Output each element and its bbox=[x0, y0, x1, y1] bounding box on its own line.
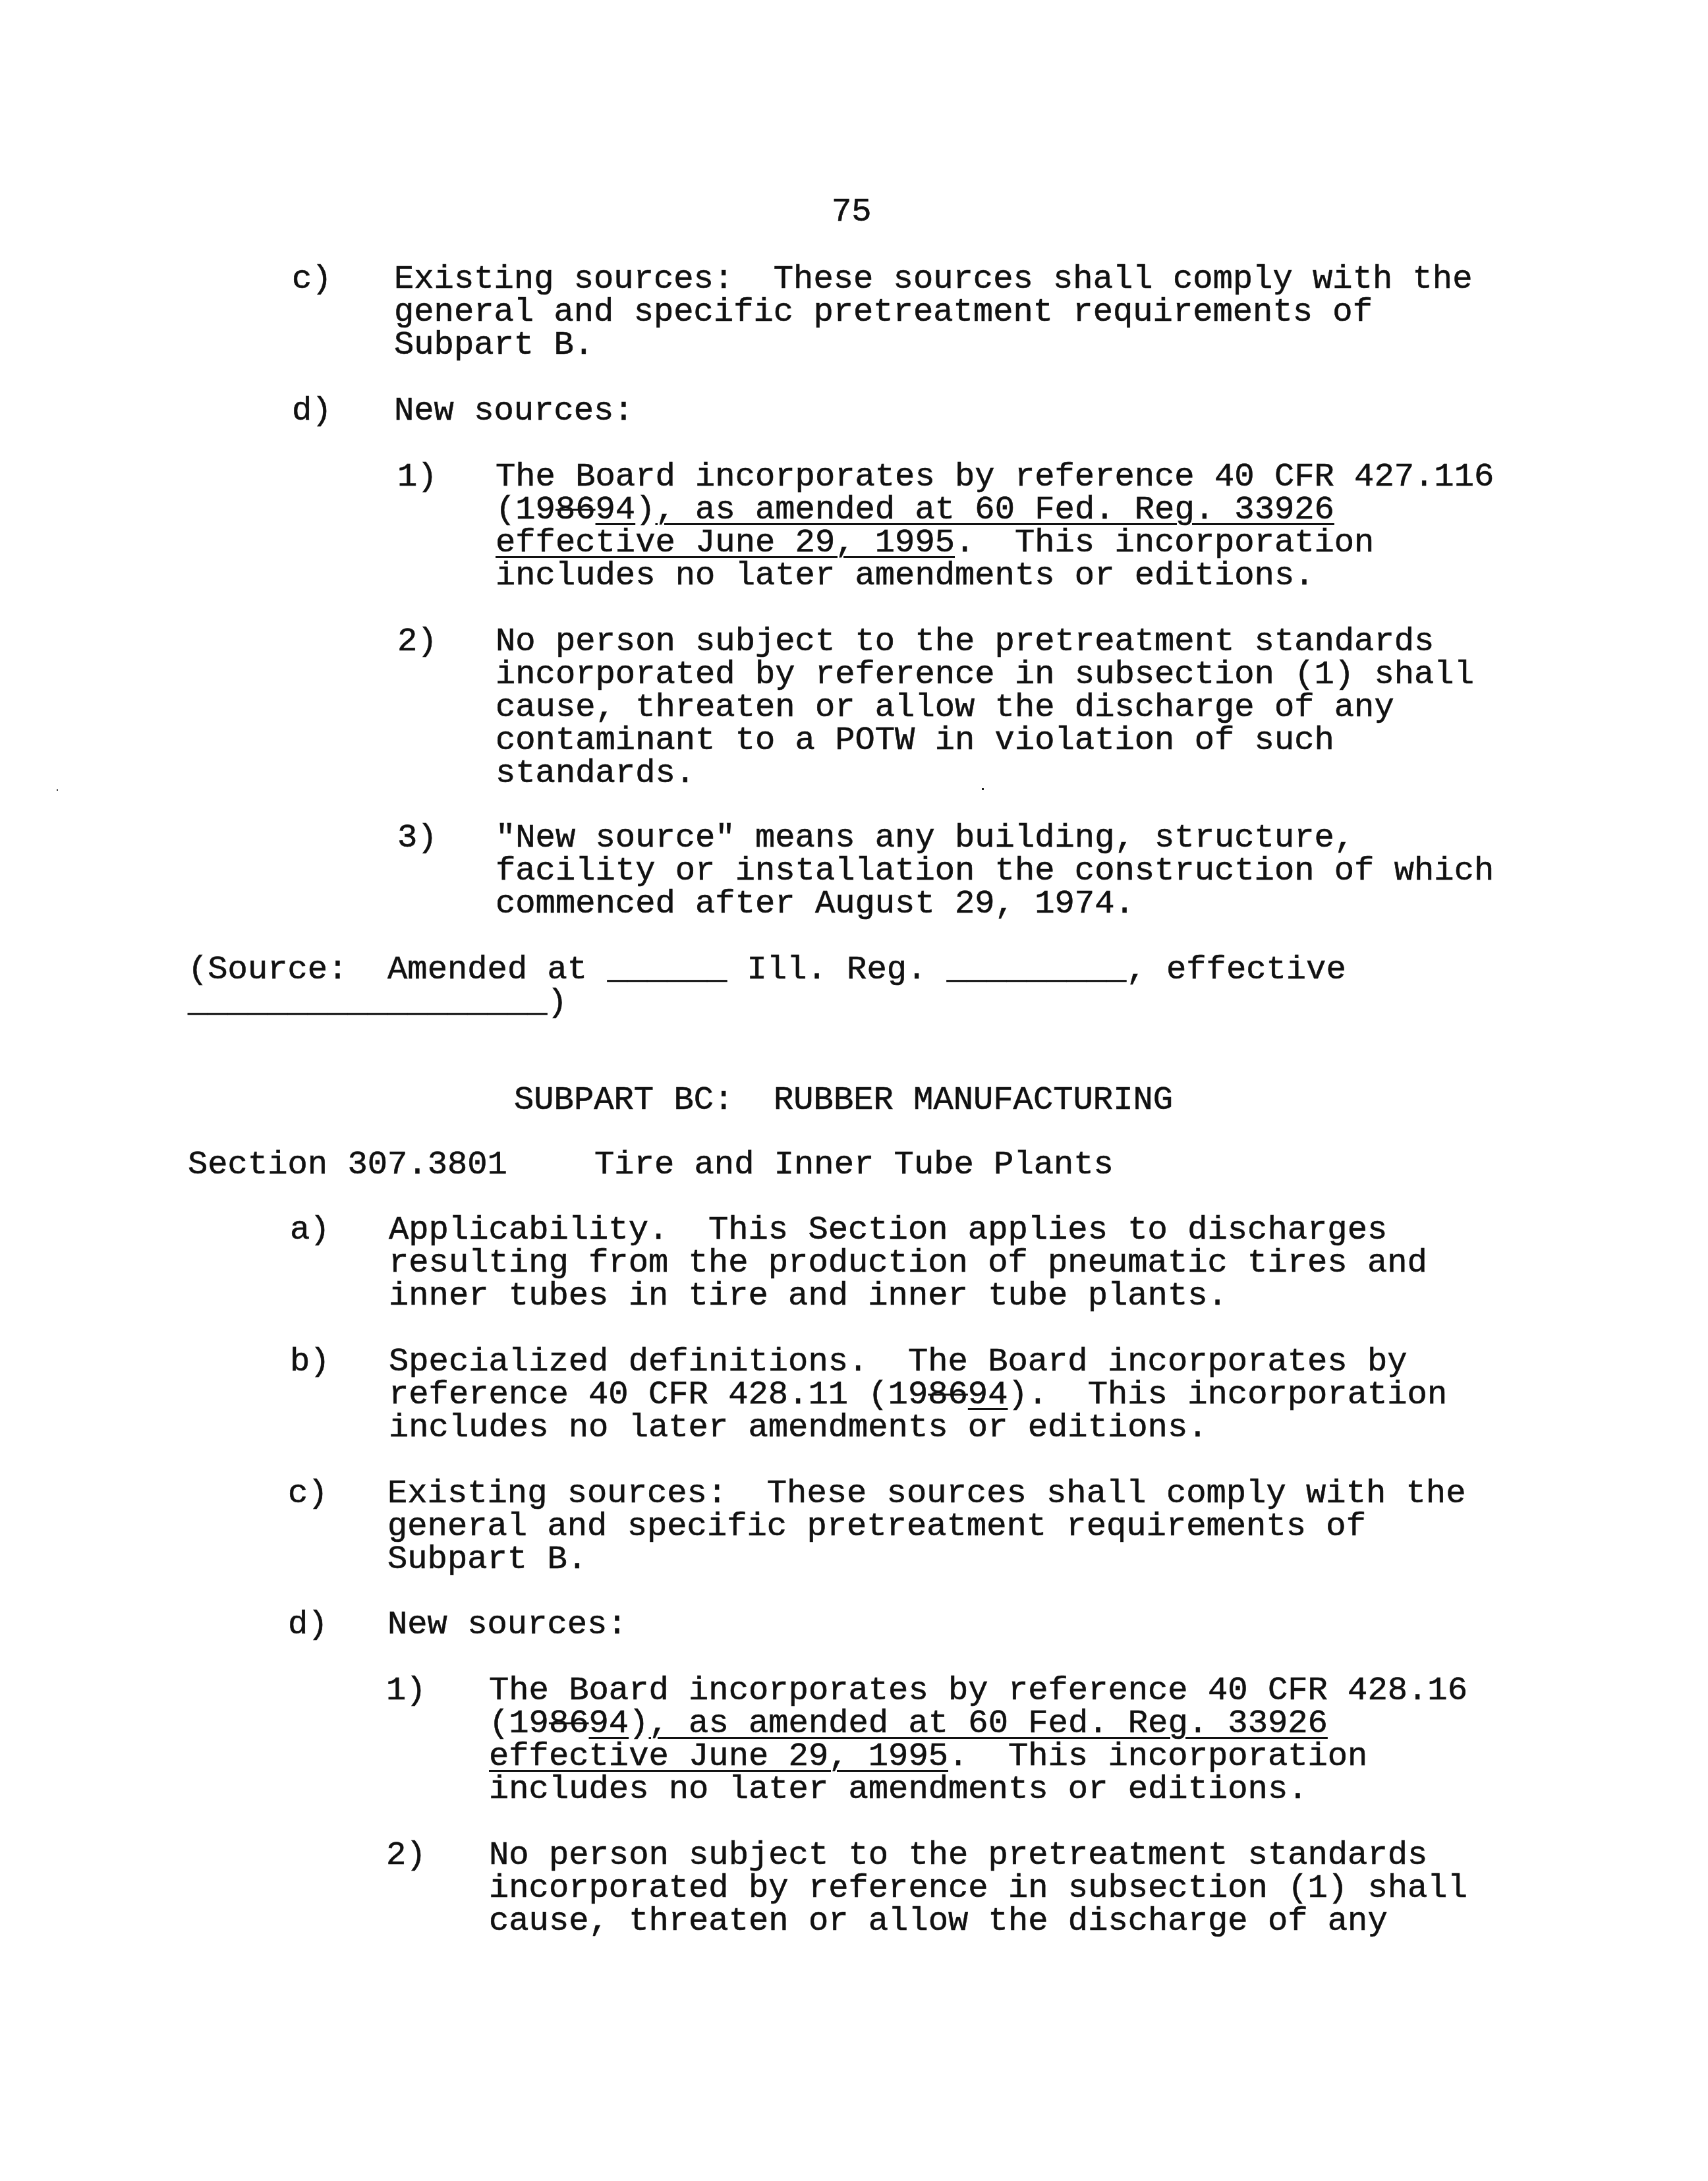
source-note-line: (Source: Amended at ______ Ill. Reg. ___… bbox=[188, 954, 1346, 987]
page-number: 75 bbox=[832, 196, 872, 229]
item-2-line: contaminant to a POTW in violation of su… bbox=[496, 725, 1334, 758]
item-2-line: standards. bbox=[496, 758, 695, 791]
inserted-text: , as amended at 60 Fed. Reg. 33926 bbox=[655, 492, 1334, 529]
subsection-label-b: b) bbox=[290, 1346, 330, 1379]
text-segment: . This incorporation bbox=[948, 1738, 1367, 1776]
item-1-amended-line: (198694), as amended at 60 Fed. Reg. 339… bbox=[489, 1708, 1328, 1741]
text-segment: ) bbox=[548, 984, 567, 1022]
item-2-line: cause, threaten or allow the discharge o… bbox=[489, 1906, 1388, 1939]
item-3-line: commenced after August 29, 1974. bbox=[496, 888, 1135, 921]
subsection-c-line: Subpart B. bbox=[394, 329, 594, 362]
deleted-text: 86 bbox=[555, 492, 596, 529]
inserted-text: 94 bbox=[596, 492, 636, 529]
item-2-line: incorporated by reference in subsection … bbox=[496, 659, 1474, 692]
subsection-a-line: resulting from the production of pneumat… bbox=[389, 1247, 1427, 1280]
inserted-text: 94 bbox=[968, 1376, 1008, 1414]
item-1-line: includes no later amendments or editions… bbox=[489, 1774, 1308, 1807]
item-1-line: includes no later amendments or editions… bbox=[496, 560, 1315, 593]
item-1-amended-line: effective June 29, 1995. This incorporat… bbox=[489, 1741, 1367, 1774]
subpart-heading: SUBPART BC: RUBBER MANUFACTURING bbox=[514, 1085, 1173, 1118]
subsection-label-d: d) bbox=[292, 395, 332, 428]
inserted-text: effective June 29, 1995 bbox=[496, 524, 955, 562]
deleted-text: 86 bbox=[549, 1705, 589, 1743]
text-segment: Ill. Reg. bbox=[727, 951, 946, 989]
source-note-line: __________________) bbox=[188, 987, 567, 1020]
subsection-c-line: Subpart B. bbox=[387, 1544, 587, 1577]
text-segment: (19 bbox=[489, 1705, 549, 1743]
item-2-line: incorporated by reference in subsection … bbox=[489, 1873, 1467, 1906]
subsection-c-line: Existing sources: These sources shall co… bbox=[387, 1478, 1466, 1511]
item-2-line: cause, threaten or allow the discharge o… bbox=[496, 692, 1394, 725]
inserted-text: , as amended at 60 Fed. Reg. 33926 bbox=[648, 1705, 1327, 1743]
subsection-a-line: Applicability. This Section applies to d… bbox=[389, 1214, 1387, 1247]
item-label-2: 2) bbox=[386, 1840, 426, 1873]
item-2-line: No person subject to the pretreatment st… bbox=[489, 1840, 1427, 1873]
scan-speck bbox=[57, 789, 58, 791]
text-segment: ) bbox=[629, 1705, 648, 1743]
item-1-amended-line: (198694), as amended at 60 Fed. Reg. 339… bbox=[496, 494, 1334, 527]
text-segment: reference 40 CFR 428.11 (19 bbox=[389, 1376, 928, 1414]
inserted-text: 94 bbox=[589, 1705, 629, 1743]
scan-speck bbox=[982, 788, 984, 790]
item-label-2: 2) bbox=[397, 626, 438, 659]
text-segment: . This incorporation bbox=[955, 524, 1374, 562]
item-2-line: No person subject to the pretreatment st… bbox=[496, 626, 1434, 659]
blank-field: ______ bbox=[607, 951, 727, 989]
subsection-d-text: New sources: bbox=[394, 395, 634, 428]
subsection-d-text: New sources: bbox=[387, 1609, 627, 1642]
item-1-amended-line: effective June 29, 1995. This incorporat… bbox=[496, 527, 1374, 560]
text-segment: (19 bbox=[496, 492, 555, 529]
item-3-line: "New source" means any building, structu… bbox=[496, 822, 1354, 855]
section-title: Tire and Inner Tube Plants bbox=[594, 1149, 1114, 1182]
subsection-b-line: Specialized definitions. The Board incor… bbox=[389, 1346, 1408, 1379]
subsection-label-c: c) bbox=[288, 1478, 328, 1511]
text-segment: (Source: Amended at bbox=[188, 951, 607, 989]
item-3-line: facility or installation the constructio… bbox=[496, 855, 1494, 888]
item-1-line: The Board incorporates by reference 40 C… bbox=[496, 461, 1494, 494]
item-label-1: 1) bbox=[397, 461, 438, 494]
item-1-line: The Board incorporates by reference 40 C… bbox=[489, 1675, 1467, 1708]
subsection-c-line: general and specific pretreatment requir… bbox=[387, 1511, 1366, 1544]
subsection-c-line: Existing sources: These sources shall co… bbox=[394, 264, 1472, 297]
subsection-a-line: inner tubes in tire and inner tube plant… bbox=[389, 1280, 1228, 1313]
item-label-3: 3) bbox=[397, 822, 438, 855]
text-segment: , effective bbox=[1126, 951, 1346, 989]
subsection-label-a: a) bbox=[290, 1214, 330, 1247]
inserted-text: effective June 29, 1995 bbox=[489, 1738, 948, 1776]
section-number: Section 307.3801 bbox=[188, 1149, 507, 1182]
blank-field: __________________ bbox=[188, 984, 548, 1022]
deleted-text: 86 bbox=[928, 1376, 968, 1414]
text-segment: ) bbox=[635, 492, 655, 529]
item-label-1: 1) bbox=[386, 1675, 426, 1708]
blank-field: _________ bbox=[947, 951, 1127, 989]
subsection-label-c: c) bbox=[292, 264, 332, 297]
subsection-label-d: d) bbox=[288, 1609, 328, 1642]
subsection-c-line: general and specific pretreatment requir… bbox=[394, 297, 1373, 329]
subsection-b-line: includes no later amendments or editions… bbox=[389, 1412, 1208, 1445]
document-page: 75 c) Existing sources: These sources sh… bbox=[0, 0, 1708, 2181]
text-segment: ). This incorporation bbox=[1008, 1376, 1447, 1414]
subsection-b-amended-line: reference 40 CFR 428.11 (198694). This i… bbox=[389, 1379, 1447, 1412]
